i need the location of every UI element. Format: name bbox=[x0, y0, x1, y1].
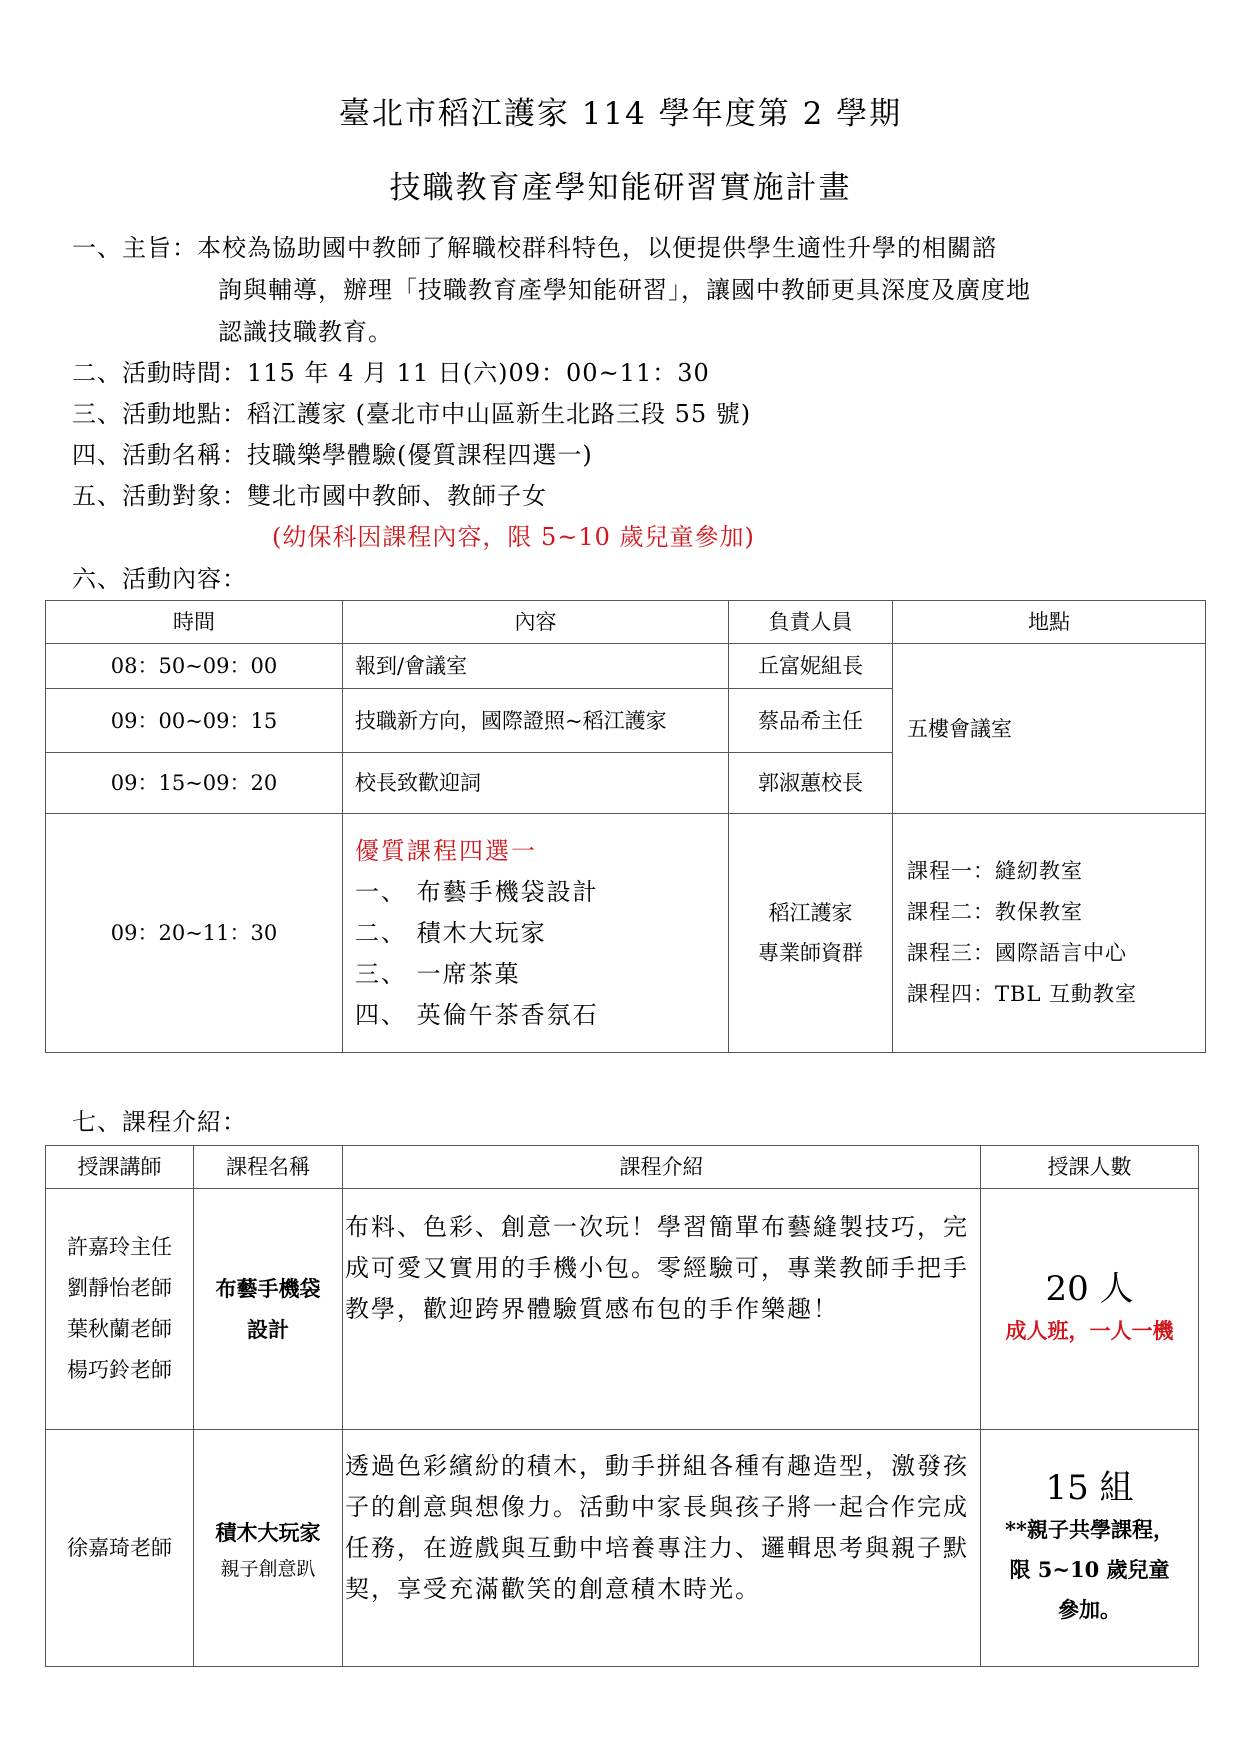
course-choice-item: 三、 一席茶菓 bbox=[355, 954, 728, 995]
course-name: 布藝手機袋 設計 bbox=[194, 1189, 343, 1430]
course-capacity: 20 人 成人班，一人一機 bbox=[981, 1189, 1199, 1430]
course-teachers: 許嘉玲主任 劉靜怡老師 葉秋蘭老師 楊巧鈴老師 bbox=[46, 1189, 194, 1430]
schedule-shared-location: 五樓會議室 bbox=[893, 644, 1206, 814]
table-row: 08：50~09：00 報到/會議室 丘富妮組長 五樓會議室 bbox=[46, 644, 1206, 689]
course-choice-item: 二、 積木大玩家 bbox=[355, 913, 728, 954]
course-location-item: 課程二：教保教室 bbox=[907, 892, 1205, 933]
course-table: 授課講師 課程名稱 課程介紹 授課人數 許嘉玲主任 劉靜怡老師 葉秋蘭老師 楊巧… bbox=[45, 1145, 1199, 1667]
course-capacity: 15 組 **親子共學課程， 限 5~10 歲兒童 參加。 bbox=[981, 1430, 1199, 1667]
course-name-line: 布藝手機袋 bbox=[194, 1268, 342, 1309]
schedule-header-row: 時間 內容 負責人員 地點 bbox=[46, 601, 1206, 644]
section-time-label: 二、活動時間： bbox=[72, 359, 247, 387]
section-purpose-line3: 認識技職教育。 bbox=[218, 316, 393, 348]
schedule-header-content: 內容 bbox=[343, 601, 729, 644]
course-note-line: 限 5~10 歲兒童 bbox=[981, 1550, 1198, 1590]
course-subtitle: 親子創意趴 bbox=[194, 1553, 342, 1585]
section-purpose-line2: 詢與輔導，辦理「技職教育產學知能研習」，讓國中教師更具深度及廣度地 bbox=[218, 274, 1031, 306]
schedule-person: 蔡品希主任 bbox=[729, 689, 893, 753]
section-time: 二、活動時間：115 年 4 月 11 日(六)09：00~11：30 bbox=[72, 357, 710, 389]
section-audience: 五、活動對象：雙北市國中教師、教師子女 bbox=[72, 480, 547, 512]
teacher-name: 劉靜怡老師 bbox=[46, 1268, 193, 1309]
schedule-time: 09：00~09：15 bbox=[46, 689, 343, 753]
course-note-line: 參加。 bbox=[981, 1590, 1198, 1630]
course-name-line: 設計 bbox=[194, 1309, 342, 1350]
table-row: 徐嘉琦老師 積木大玩家 親子創意趴 透過色彩繽紛的積木，動手拼組各種有趣造型，激… bbox=[46, 1430, 1199, 1667]
course-header-name: 課程名稱 bbox=[194, 1146, 343, 1189]
table-row: 許嘉玲主任 劉靜怡老師 葉秋蘭老師 楊巧鈴老師 布藝手機袋 設計 布料、色彩、創… bbox=[46, 1189, 1199, 1430]
schedule-header-person: 負責人員 bbox=[729, 601, 893, 644]
section-purpose: 一、主旨：本校為協助國中教師了解職校群科特色，以便提供學生適性升學的相關諮 bbox=[72, 232, 997, 264]
section-activity-name-label: 四、活動名稱： bbox=[72, 441, 247, 469]
page-subtitle: 技職教育產學知能研習實施計畫 bbox=[0, 168, 1241, 208]
course-description: 透過色彩繽紛的積木，動手拼組各種有趣造型，激發孩子的創意與想像力。活動中家長與孩… bbox=[343, 1430, 981, 1667]
course-count: 15 組 bbox=[981, 1466, 1198, 1510]
section-time-value: 115 年 4 月 11 日(六)09：00~11：30 bbox=[247, 359, 710, 387]
section-content-label: 六、活動內容： bbox=[72, 563, 247, 595]
course-note-line: **親子共學課程， bbox=[981, 1510, 1198, 1550]
section-activity-name-value: 技職樂學體驗(優質課程四選一) bbox=[247, 441, 593, 469]
schedule-person: 郭淑蕙校長 bbox=[729, 753, 893, 814]
teacher-name: 徐嘉琦老師 bbox=[46, 1528, 193, 1569]
schedule-time: 08：50~09：00 bbox=[46, 644, 343, 689]
course-header-row: 授課講師 課程名稱 課程介紹 授課人數 bbox=[46, 1146, 1199, 1189]
section-venue-value: 稻江護家 (臺北市中山區新生北路三段 55 號) bbox=[247, 400, 751, 428]
schedule-content: 校長致歡迎詞 bbox=[343, 753, 729, 814]
course-name-line: 積木大玩家 bbox=[194, 1512, 342, 1553]
course-choice-item: 四、 英倫午茶香氛石 bbox=[355, 995, 728, 1036]
section-audience-value: 雙北市國中教師、教師子女 bbox=[247, 482, 547, 510]
section-audience-label: 五、活動對象： bbox=[72, 482, 247, 510]
section-purpose-label: 一、主旨： bbox=[72, 234, 197, 262]
course-choice-heading: 優質課程四選一 bbox=[355, 831, 728, 872]
table-row-courses: 09：20~11：30 優質課程四選一 一、 布藝手機袋設計 二、 積木大玩家 … bbox=[46, 814, 1206, 1053]
schedule-person: 稻江護家 專業師資群 bbox=[729, 814, 893, 1053]
section-purpose-text: 本校為協助國中教師了解職校群科特色，以便提供學生適性升學的相關諮 bbox=[197, 234, 997, 262]
course-name: 積木大玩家 親子創意趴 bbox=[194, 1430, 343, 1667]
course-count: 20 人 bbox=[981, 1267, 1198, 1311]
course-teachers: 徐嘉琦老師 bbox=[46, 1430, 194, 1667]
section-venue: 三、活動地點：稻江護家 (臺北市中山區新生北路三段 55 號) bbox=[72, 398, 751, 430]
section-audience-note: (幼保科因課程內容，限 5~10 歲兒童參加) bbox=[272, 521, 755, 553]
schedule-table: 時間 內容 負責人員 地點 08：50~09：00 報到/會議室 丘富妮組長 五… bbox=[45, 600, 1206, 1053]
page-title: 臺北市稻江護家 114 學年度第 2 學期 bbox=[0, 94, 1241, 134]
schedule-time: 09：15~09：20 bbox=[46, 753, 343, 814]
schedule-course-locations: 課程一：縫紉教室 課程二：教保教室 課程三：國際語言中心 課程四：TBL 互動教… bbox=[893, 814, 1206, 1053]
course-location-item: 課程四：TBL 互動教室 bbox=[907, 974, 1205, 1015]
course-location-item: 課程三：國際語言中心 bbox=[907, 933, 1205, 974]
course-header-teacher: 授課講師 bbox=[46, 1146, 194, 1189]
schedule-header-time: 時間 bbox=[46, 601, 343, 644]
course-header-intro: 課程介紹 bbox=[343, 1146, 981, 1189]
schedule-header-location: 地點 bbox=[893, 601, 1206, 644]
section-venue-label: 三、活動地點： bbox=[72, 400, 247, 428]
schedule-content: 技職新方向，國際證照~稻江護家 bbox=[343, 689, 729, 753]
person-line: 稻江護家 bbox=[729, 893, 892, 933]
section-activity-name: 四、活動名稱：技職樂學體驗(優質課程四選一) bbox=[72, 439, 593, 471]
section-course-intro-label: 七、課程介紹： bbox=[72, 1106, 247, 1138]
schedule-person: 丘富妮組長 bbox=[729, 644, 893, 689]
course-description: 布料、色彩、創意一次玩！學習簡單布藝縫製技巧，完成可愛又實用的手機小包。零經驗可… bbox=[343, 1189, 981, 1430]
schedule-content: 報到/會議室 bbox=[343, 644, 729, 689]
course-choice-item: 一、 布藝手機袋設計 bbox=[355, 872, 728, 913]
course-note: 成人班，一人一機 bbox=[981, 1311, 1198, 1351]
teacher-name: 楊巧鈴老師 bbox=[46, 1350, 193, 1391]
course-location-item: 課程一：縫紉教室 bbox=[907, 851, 1205, 892]
schedule-course-list: 優質課程四選一 一、 布藝手機袋設計 二、 積木大玩家 三、 一席茶菓 四、 英… bbox=[343, 814, 729, 1053]
schedule-time: 09：20~11：30 bbox=[46, 814, 343, 1053]
person-line: 專業師資群 bbox=[729, 933, 892, 973]
teacher-name: 許嘉玲主任 bbox=[46, 1227, 193, 1268]
course-header-count: 授課人數 bbox=[981, 1146, 1199, 1189]
teacher-name: 葉秋蘭老師 bbox=[46, 1309, 193, 1350]
